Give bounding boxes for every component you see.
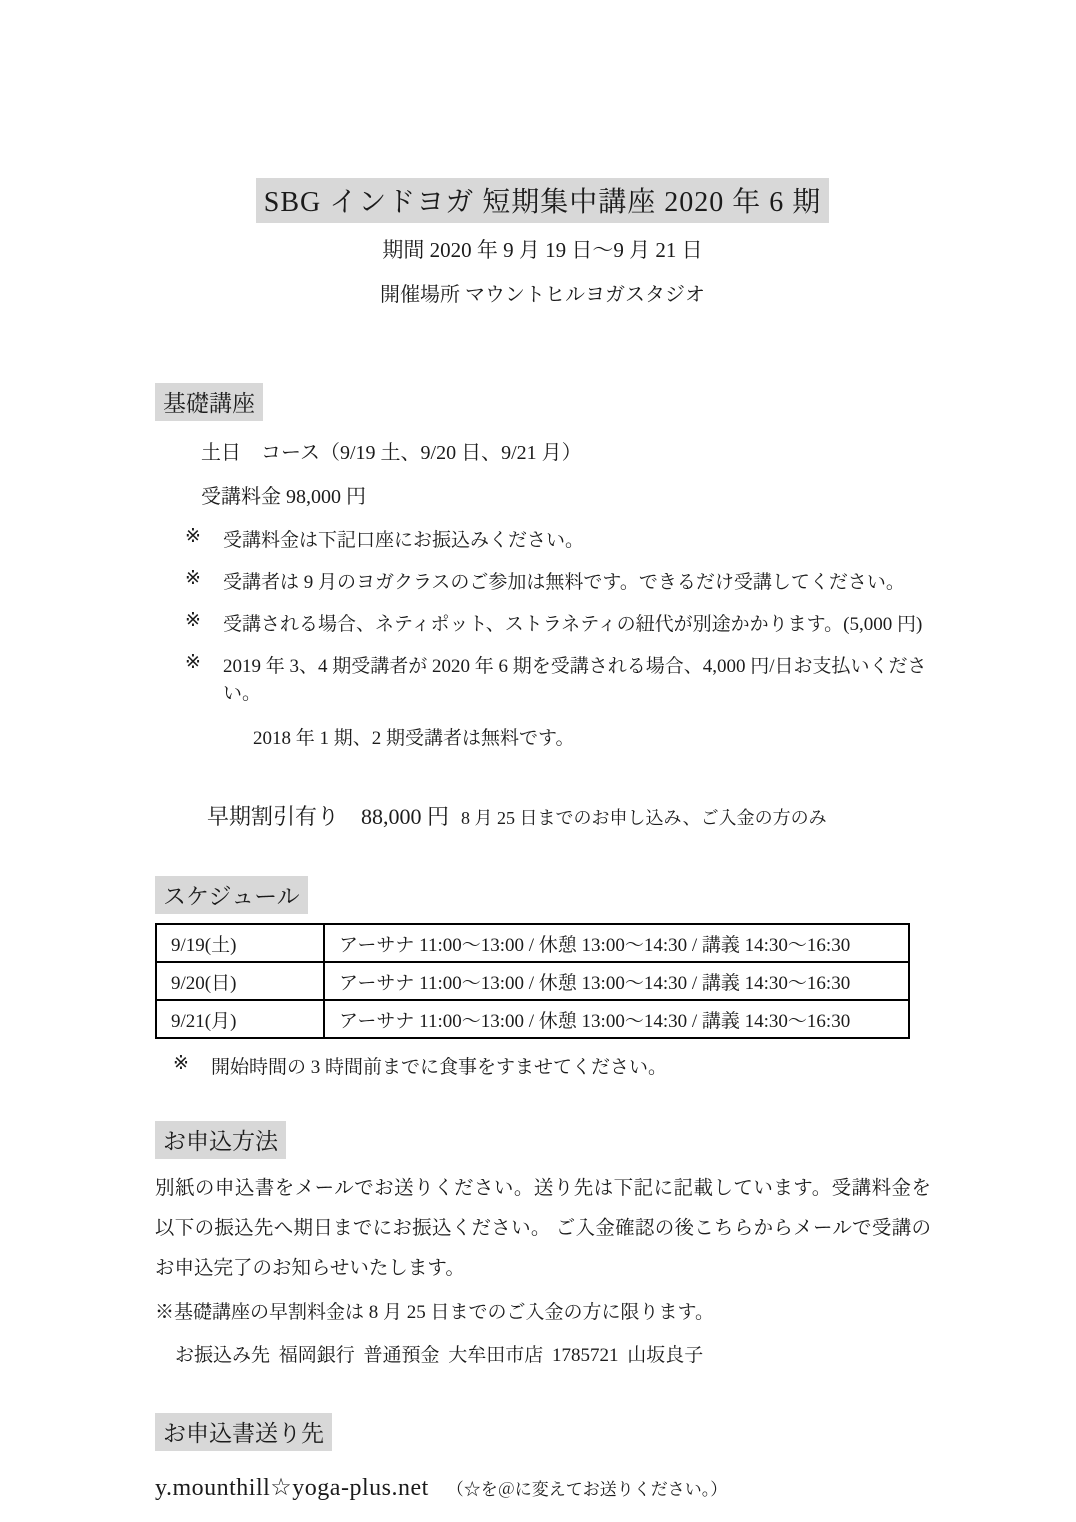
course-days-line: 土日 コース（9/19 土、9/20 日、9/21 月） bbox=[201, 436, 930, 465]
course-note-continuation: 2018 年 1 期、2 期受講者は無料です。 bbox=[253, 723, 930, 750]
course-note-text: 受講料金は下記口座にお振込みください。 bbox=[223, 525, 584, 552]
period-line: 期間 2020 年 9 月 19 日〜9 月 21 日 bbox=[155, 234, 930, 264]
send-to-heading: お申込書送り先 bbox=[155, 1413, 332, 1451]
schedule-note-text: 開始時間の 3 時間前までに食事をすませてください。 bbox=[211, 1052, 667, 1079]
schedule-date-cell: 9/21(月) bbox=[156, 1000, 324, 1038]
course-note-item: ※ 受講される場合、ネティポット、ストラネティの紐代が別途かかります。(5,00… bbox=[185, 609, 930, 636]
early-discount-line: 早期割引有り 88,000 円 8 月 25 日までのお申し込み、ご入金の方のみ bbox=[207, 800, 930, 831]
early-discount-condition: 8 月 25 日までのお申し込み、ご入金の方のみ bbox=[461, 808, 827, 828]
schedule-note: ※ 開始時間の 3 時間前までに食事をすませてください。 bbox=[173, 1052, 930, 1079]
course-note-text: 2019 年 3、4 期受講者が 2020 年 6 期を受講される場合、4,00… bbox=[223, 651, 930, 705]
section-basic-course: 基礎講座 土日 コース（9/19 土、9/20 日、9/21 月） 受講料金 9… bbox=[155, 383, 930, 831]
application-deadline-note: ※基礎講座の早割料金は 8 月 25 日までのご入金の方に限ります。 bbox=[155, 1297, 930, 1324]
course-note-item: ※ 2019 年 3、4 期受講者が 2020 年 6 期を受講される場合、4,… bbox=[185, 651, 930, 705]
course-note-text: 受講者は 9 月のヨガクラスのご参加は無料です。できるだけ受講してください。 bbox=[223, 567, 905, 594]
email-note: （☆を＠に変えてお送りください。） bbox=[447, 1480, 728, 1499]
schedule-date-cell: 9/19(土) bbox=[156, 924, 324, 962]
document-header: SBG インドヨガ 短期集中講座 2020 年 6 期 期間 2020 年 9 … bbox=[155, 178, 930, 307]
course-note-item: ※ 受講者は 9 月のヨガクラスのご参加は無料です。できるだけ受講してください。 bbox=[185, 567, 930, 594]
section-application: お申込方法 別紙の申込書をメールでお送りください。送り先は下記に記載しています。… bbox=[155, 1121, 930, 1367]
note-marker: ※ bbox=[185, 651, 223, 705]
note-marker: ※ bbox=[173, 1052, 211, 1079]
section-send-to: お申込書送り先 y.mounthill☆yoga-plus.net （☆を＠に変… bbox=[155, 1413, 930, 1502]
application-heading: お申込方法 bbox=[155, 1121, 286, 1159]
email-address: y.mounthill☆yoga-plus.net bbox=[155, 1475, 429, 1501]
document-page: SBG インドヨガ 短期集中講座 2020 年 6 期 期間 2020 年 9 … bbox=[0, 0, 1076, 1502]
note-marker: ※ bbox=[185, 525, 223, 552]
section-schedule: スケジュール 9/19(土) アーサナ 11:00〜13:00 / 休憩 13:… bbox=[155, 876, 930, 1079]
course-note-item: ※ 受講料金は下記口座にお振込みください。 bbox=[185, 525, 930, 552]
basic-course-heading: 基礎講座 bbox=[155, 383, 263, 421]
course-fee-line: 受講料金 98,000 円 bbox=[201, 480, 930, 509]
course-note-text: 受講される場合、ネティポット、ストラネティの紐代が別途かかります。(5,000 … bbox=[223, 609, 922, 636]
email-line: y.mounthill☆yoga-plus.net （☆を＠に変えてお送りくださ… bbox=[155, 1473, 930, 1502]
schedule-table: 9/19(土) アーサナ 11:00〜13:00 / 休憩 13:00〜14:3… bbox=[155, 923, 910, 1039]
bank-transfer-line: お振込み先 福岡銀行 普通預金 大牟田市店 1785721 山坂良子 bbox=[175, 1340, 930, 1367]
schedule-row: 9/21(月) アーサナ 11:00〜13:00 / 休憩 13:00〜14:3… bbox=[156, 1000, 909, 1038]
page-title-text: SBG インドヨガ 短期集中講座 2020 年 6 期 bbox=[256, 178, 829, 223]
venue-line: 開催場所 マウントヒルヨガスタジオ bbox=[155, 278, 930, 307]
application-body: 別紙の申込書をメールでお送りください。送り先は下記に記載しています。受講料金を以… bbox=[155, 1169, 931, 1289]
early-discount-price: 早期割引有り 88,000 円 bbox=[207, 804, 449, 829]
schedule-detail-cell: アーサナ 11:00〜13:00 / 休憩 13:00〜14:30 / 講義 1… bbox=[324, 962, 909, 1000]
schedule-heading: スケジュール bbox=[155, 876, 308, 914]
note-marker: ※ bbox=[185, 609, 223, 636]
note-marker: ※ bbox=[185, 567, 223, 594]
schedule-row: 9/19(土) アーサナ 11:00〜13:00 / 休憩 13:00〜14:3… bbox=[156, 924, 909, 962]
schedule-date-cell: 9/20(日) bbox=[156, 962, 324, 1000]
course-notes-list: ※ 受講料金は下記口座にお振込みください。 ※ 受講者は 9 月のヨガクラスのご… bbox=[155, 525, 930, 705]
page-title: SBG インドヨガ 短期集中講座 2020 年 6 期 bbox=[155, 178, 930, 223]
schedule-detail-cell: アーサナ 11:00〜13:00 / 休憩 13:00〜14:30 / 講義 1… bbox=[324, 924, 909, 962]
schedule-detail-cell: アーサナ 11:00〜13:00 / 休憩 13:00〜14:30 / 講義 1… bbox=[324, 1000, 909, 1038]
schedule-row: 9/20(日) アーサナ 11:00〜13:00 / 休憩 13:00〜14:3… bbox=[156, 962, 909, 1000]
